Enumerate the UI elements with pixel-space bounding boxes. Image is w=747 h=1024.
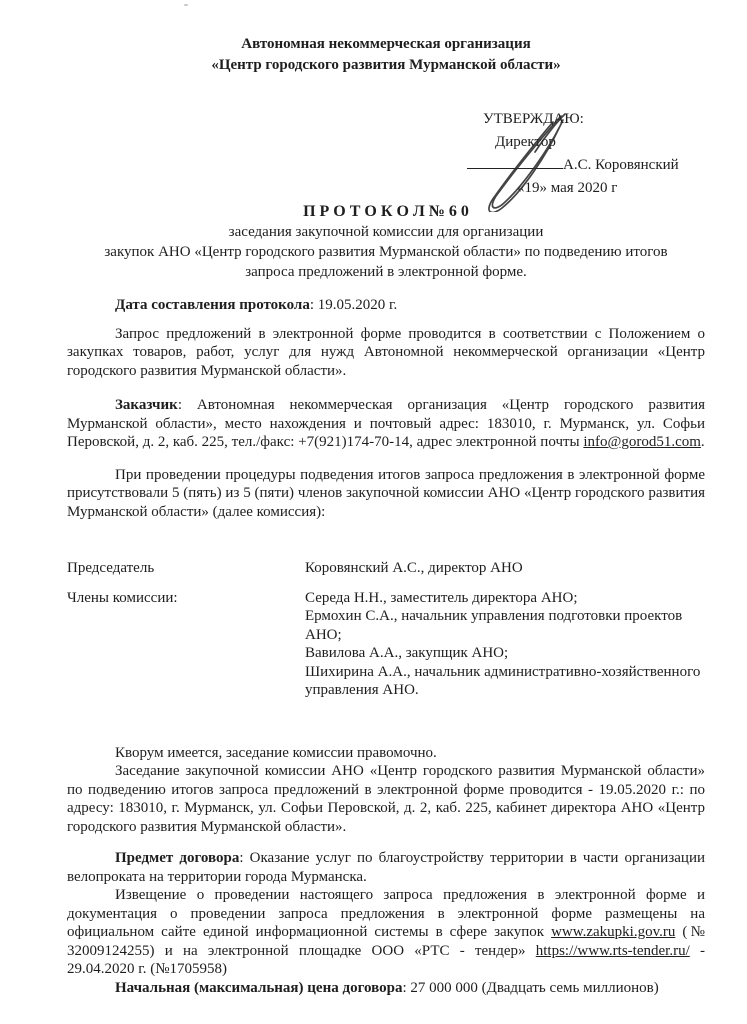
- rfp-basis-paragraph: Запрос предложений в электронной форме п…: [67, 325, 705, 381]
- protocol-subtitle: заседания закупочной комиссии для органи…: [67, 222, 705, 282]
- member-item: Ермохин С.А., начальник управления подго…: [305, 607, 705, 644]
- subject-label: Предмет договора: [115, 850, 239, 866]
- protocol-subtitle-line3: запроса предложений в электронной форме.: [67, 262, 705, 282]
- subject-paragraph: Предмет договора: Оказание услуг по благ…: [67, 849, 705, 886]
- session-paragraph: Заседание закупочной комиссии АНО «Центр…: [67, 762, 705, 836]
- scan-artifact: [184, 4, 188, 6]
- chairman-value: Коровянский А.С., директор АНО: [305, 559, 705, 578]
- signature-line: [467, 155, 563, 169]
- signature-row: А.С. Коровянский: [467, 154, 707, 177]
- members-row: Члены комиссии: Середа Н.Н., заместитель…: [67, 589, 705, 700]
- protocol-date-value: : 19.05.2020 г.: [310, 297, 397, 313]
- chairman-row: Председатель Коровянский А.С., директор …: [67, 559, 705, 578]
- notice-paragraph: Извещение о проведении настоящего запрос…: [67, 886, 705, 979]
- org-header: Автономная некоммерческая организация «Ц…: [67, 34, 705, 76]
- quorum-paragraph: Кворум имеется, заседание комиссии право…: [67, 744, 705, 763]
- approver-role: Директор: [467, 131, 707, 154]
- approval-block: УТВЕРЖДАЮ: Директор А.С. Коровянский «19…: [467, 108, 707, 200]
- approve-label: УТВЕРЖДАЮ:: [467, 108, 707, 131]
- approver-name: А.С. Коровянский: [563, 157, 679, 173]
- members-label: Члены комиссии:: [67, 589, 305, 700]
- org-name-line2: «Центр городского развития Мурманской об…: [67, 55, 705, 76]
- customer-label: Заказчик: [115, 397, 178, 413]
- members-list: Середа Н.Н., заместитель директора АНО; …: [305, 589, 705, 700]
- protocol-title: П Р О Т О К О Л № 6 0: [67, 202, 705, 222]
- document-page: Автономная некоммерческая организация «Ц…: [0, 0, 747, 1024]
- protocol-subtitle-line1: заседания закупочной комиссии для органи…: [67, 222, 705, 242]
- member-item: Вавилова А.А., закупщик АНО;: [305, 644, 705, 663]
- org-name-line1: Автономная некоммерческая организация: [67, 34, 705, 55]
- protocol-date-line: Дата составления протокола: 19.05.2020 г…: [67, 296, 705, 315]
- price-paragraph: Начальная (максимальная) цена договора: …: [67, 979, 705, 998]
- protocol-subtitle-line2: закупок АНО «Центр городского развития М…: [67, 242, 705, 262]
- price-label: Начальная (максимальная) цена договора: [115, 980, 402, 996]
- commission-roster: Председатель Коровянский А.С., директор …: [67, 559, 705, 700]
- customer-tail: .: [701, 434, 705, 450]
- protocol-date-label: Дата составления протокола: [115, 297, 310, 313]
- chairman-label: Председатель: [67, 559, 305, 578]
- member-item: Середа Н.Н., заместитель директора АНО;: [305, 589, 705, 608]
- zakupki-link: www.zakupki.gov.ru: [551, 924, 675, 940]
- price-value: : 27 000 000 (Двадцать семь миллионов): [402, 980, 658, 996]
- approval-date: «19» мая 2020 г: [467, 177, 707, 200]
- rts-tender-link: https://www.rts-tender.ru/: [536, 943, 690, 959]
- customer-email-link: info@gorod51.com: [583, 434, 701, 450]
- attendance-paragraph: При проведении процедуры подведения итог…: [67, 466, 705, 522]
- member-item: Шихирина А.А., начальник административно…: [305, 663, 705, 700]
- customer-paragraph: Заказчик: Автономная некоммерческая орга…: [67, 396, 705, 452]
